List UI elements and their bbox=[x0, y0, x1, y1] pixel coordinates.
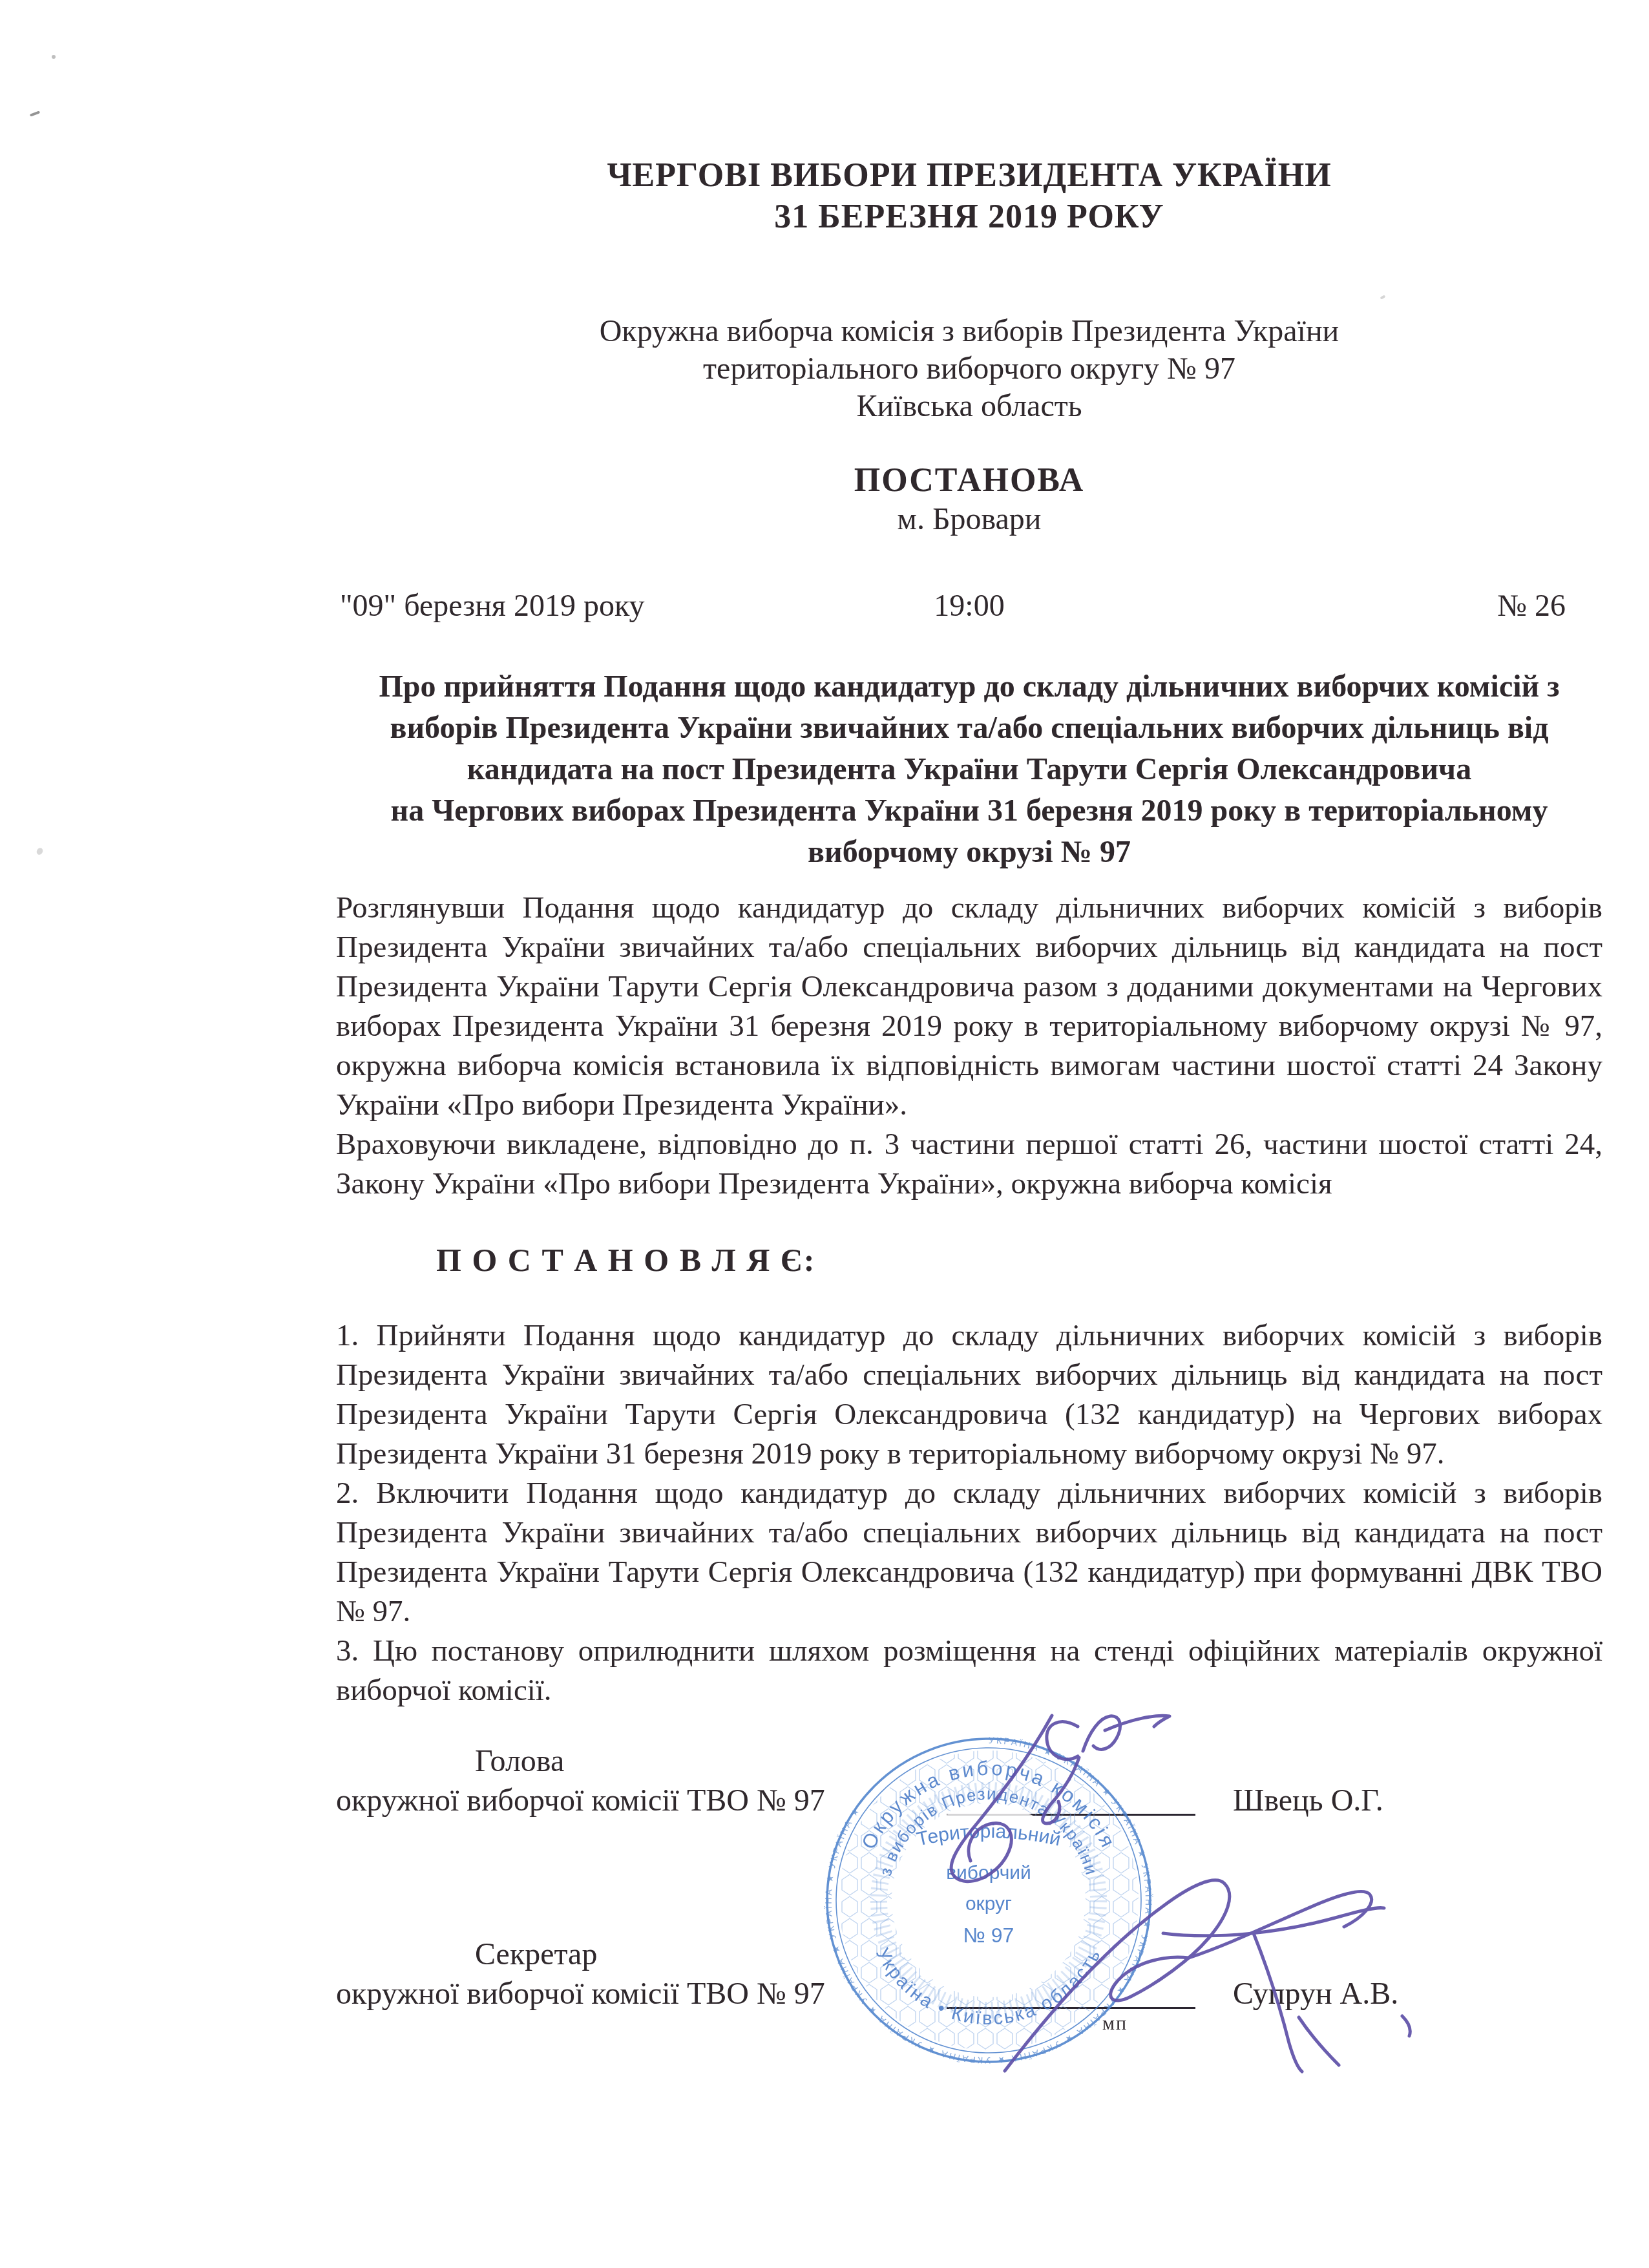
resolution-item-3: 3. Цю постанову оприлюднити шляхом розмі… bbox=[336, 1632, 1602, 1710]
resolution-item-1: 1. Прийняти Подання щодо кандидатур до с… bbox=[336, 1316, 1602, 1474]
resolution-title-line5: виборчому окрузі № 97 bbox=[336, 832, 1602, 873]
signature-line-head bbox=[947, 1780, 1195, 1816]
issuer-line3: Київська область bbox=[336, 388, 1602, 425]
signer-role-head: Голова bbox=[475, 1743, 1602, 1780]
resolution-title: Про прийняття Подання щодо кандидатур до… bbox=[336, 666, 1602, 873]
scan-artifact bbox=[52, 55, 56, 59]
document-number: № 26 bbox=[1497, 587, 1566, 625]
signature-row-head: Голова окружної виборчої комісії ТВО № 9… bbox=[336, 1743, 1602, 1820]
document-content: ЧЕРГОВІ ВИБОРИ ПРЕЗИДЕНТА УКРАЇНИ 31 БЕР… bbox=[336, 155, 1602, 2013]
resolution-title-line4: на Чергових виборах Президента України 3… bbox=[336, 790, 1602, 832]
resolution-title-line2: виборів Президента України звичайних та/… bbox=[336, 708, 1602, 749]
legal-basis-paragraph: Враховуючи викладене, відповідно до п. 3… bbox=[336, 1125, 1602, 1204]
resolution-item-2: 2. Включити Подання щодо кандидатур до с… bbox=[336, 1474, 1602, 1632]
document-type-label: ПОСТАНОВА bbox=[336, 461, 1602, 501]
election-header-line2: 31 БЕРЕЗНЯ 2019 РОКУ bbox=[336, 196, 1602, 238]
signer-name-head: Швець О.Г. bbox=[1233, 1782, 1383, 1820]
election-header-line1: ЧЕРГОВІ ВИБОРИ ПРЕЗИДЕНТА УКРАЇНИ bbox=[336, 155, 1602, 196]
signer-org-secretary: окружної виборчої комісії ТВО № 97 bbox=[336, 1975, 947, 2013]
issuer-line2: територіального виборчого округу № 97 bbox=[336, 350, 1602, 388]
signature-row-secretary: Секретар окружної виборчої комісії ТВО №… bbox=[336, 1936, 1602, 2013]
preamble-paragraph: Розглянувши Подання щодо кандидатур до с… bbox=[336, 888, 1602, 1125]
signer-org-head: окружної виборчої комісії ТВО № 97 bbox=[336, 1782, 947, 1820]
resolution-title-line3: кандидата на пост Президента України Тар… bbox=[336, 749, 1602, 790]
signer-role-secretary: Секретар bbox=[475, 1936, 1602, 1973]
document-place: м. Бровари bbox=[336, 501, 1602, 538]
scanned-resolution-page: ЧЕРГОВІ ВИБОРИ ПРЕЗИДЕНТА УКРАЇНИ 31 БЕР… bbox=[0, 0, 1649, 2268]
scan-artifact bbox=[36, 846, 44, 856]
issuer-line1: Окружна виборча комісія з виборів Презид… bbox=[336, 313, 1602, 350]
signer-name-secretary: Супрун А.В. bbox=[1233, 1975, 1398, 2013]
scan-artifact bbox=[30, 110, 40, 116]
document-meta-row: "09" березня 2019 року 19:00 № 26 bbox=[336, 587, 1602, 625]
resolution-title-line1: Про прийняття Подання щодо кандидатур до… bbox=[336, 666, 1602, 708]
document-time: 19:00 bbox=[336, 587, 1602, 625]
signature-line-secretary bbox=[947, 1973, 1195, 2009]
resolves-heading: П О С Т А Н О В Л Я Є: bbox=[436, 1240, 1602, 1280]
seal-place-mark: мп bbox=[1102, 2005, 1128, 2042]
